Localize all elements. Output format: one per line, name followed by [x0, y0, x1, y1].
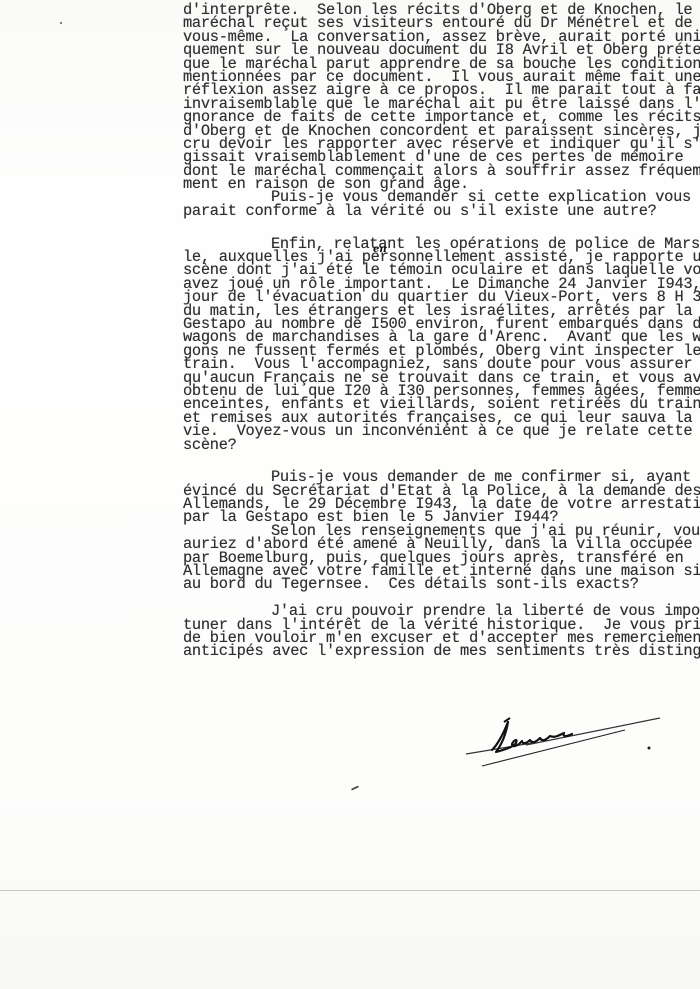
- handwritten-annotation: en: [373, 244, 387, 255]
- letter-line: anticipés avec l'expression de mes senti…: [183, 645, 700, 658]
- paragraph-gap: [183, 452, 700, 465]
- letter-line: au bord du Tegernsee. Ces détails sont-i…: [183, 578, 700, 591]
- scan-speck: [60, 22, 62, 24]
- paragraph-gap: [183, 218, 700, 231]
- letter-line: scène?: [183, 439, 700, 452]
- letter-body: d'interprête. Selon les récits d'Oberg e…: [183, 4, 700, 659]
- letter-line: vie. Voyez-vous un inconvénient à ce que…: [183, 425, 700, 438]
- page-fold-line: [0, 890, 700, 891]
- letter-line: parait conforme à la vérité ou s'il exis…: [183, 205, 700, 218]
- scan-mark: [351, 785, 359, 790]
- letter-page: d'interprête. Selon les récits d'Oberg e…: [0, 0, 700, 989]
- signature: [460, 716, 670, 796]
